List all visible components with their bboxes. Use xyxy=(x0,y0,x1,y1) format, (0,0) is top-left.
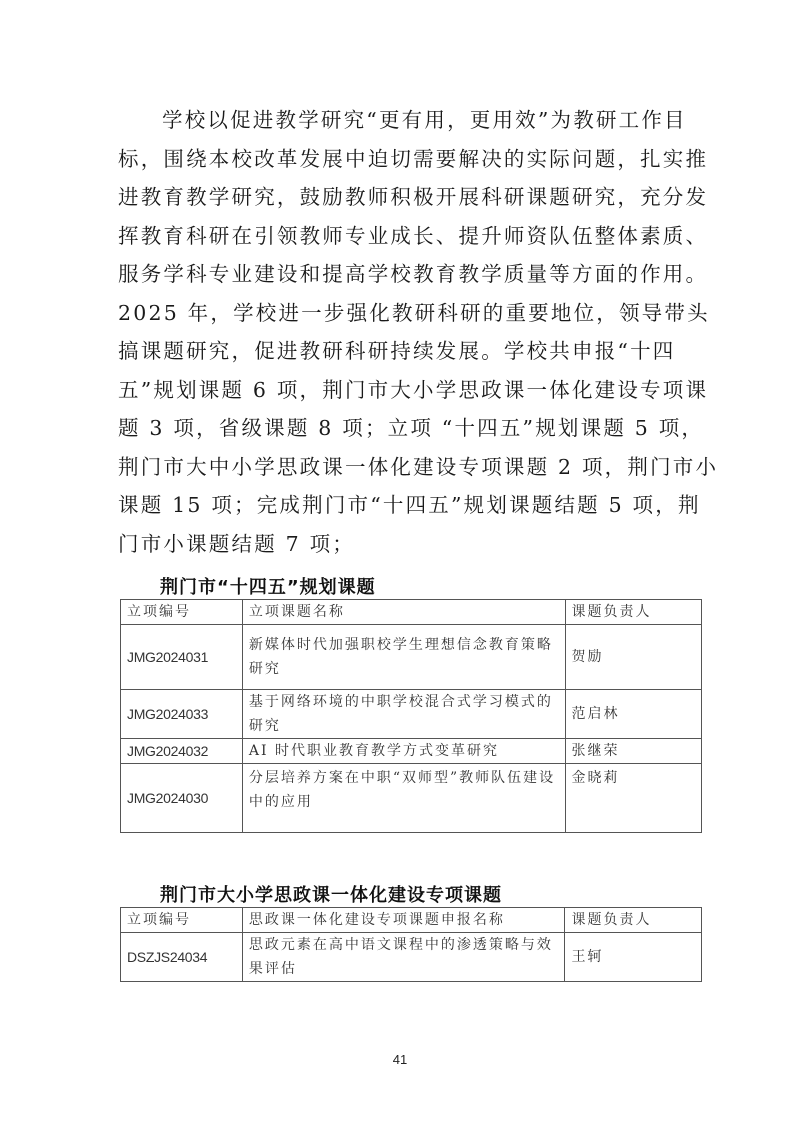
header-cell: 立项编号 xyxy=(121,600,243,625)
page-number: 41 xyxy=(0,1052,800,1067)
project-title: 思政元素在高中语文课程中的渗透策略与效果评估 xyxy=(242,933,565,982)
table-row: JMG2024032 AI 时代职业教育教学方式变革研究 张继荣 xyxy=(121,739,702,764)
header-cell: 课题负责人 xyxy=(565,600,701,625)
paragraph-line: 课题 15 项；完成荆门市“十四五”规划课题结题 5 项，荆 xyxy=(118,486,708,525)
project-leader: 范启林 xyxy=(565,690,701,739)
project-title: 分层培养方案在中职“双师型”教师队伍建设中的应用 xyxy=(242,764,565,833)
table-planning-projects: 立项编号 立项课题名称 课题负责人 JMG2024031 新媒体时代加强职校学生… xyxy=(120,599,702,833)
table-header-row: 立项编号 立项课题名称 课题负责人 xyxy=(121,600,702,625)
paragraph-line: 五”规划课题 6 项，荆门市大小学思政课一体化建设专项课 xyxy=(118,371,708,410)
paragraph-line: 服务学科专业建设和提高学校教育教学质量等方面的作用。 xyxy=(118,255,708,294)
table-row: JMG2024031 新媒体时代加强职校学生理想信念教育策略研究 贺励 xyxy=(121,625,702,690)
table-row: JMG2024030 分层培养方案在中职“双师型”教师队伍建设中的应用 金晓莉 xyxy=(121,764,702,833)
project-title: AI 时代职业教育教学方式变革研究 xyxy=(242,739,565,764)
project-leader: 王轲 xyxy=(565,933,702,982)
paragraph-line: 进教育教学研究，鼓励教师积极开展科研课题研究，充分发 xyxy=(118,178,708,217)
paragraph-line: 题 3 项，省级课题 8 项；立项 “十四五”规划课题 5 项， xyxy=(118,409,708,448)
project-title: 新媒体时代加强职校学生理想信念教育策略研究 xyxy=(242,625,565,690)
body-paragraph: 学校以促进教学研究“更有用，更用效”为教研工作目 标，围绕本校改革发展中迫切需要… xyxy=(118,101,708,563)
project-code: JMG2024032 xyxy=(121,739,243,764)
project-leader: 贺励 xyxy=(565,625,701,690)
paragraph-line: 挥教育科研在引领教师专业成长、提升师资队伍整体素质、 xyxy=(118,217,708,256)
paragraph-line: 学校以促进教学研究“更有用，更用效”为教研工作目 xyxy=(118,101,708,140)
project-title: 基于网络环境的中职学校混合式学习模式的研究 xyxy=(242,690,565,739)
table-ideological-projects: 立项编号 思政课一体化建设专项课题申报名称 课题负责人 DSZJS24034 思… xyxy=(120,907,702,982)
project-code: JMG2024033 xyxy=(121,690,243,739)
project-code: JMG2024030 xyxy=(121,764,243,833)
table2-caption: 荆门市大小学思政课一体化建设专项课题 xyxy=(160,881,502,907)
header-cell: 思政课一体化建设专项课题申报名称 xyxy=(242,908,565,933)
paragraph-line: 荆门市大中小学思政课一体化建设专项课题 2 项，荆门市小 xyxy=(118,448,708,487)
paragraph-line: 标，围绕本校改革发展中迫切需要解决的实际问题，扎实推 xyxy=(118,140,708,179)
project-leader: 张继荣 xyxy=(565,739,701,764)
header-cell: 立项编号 xyxy=(121,908,243,933)
table-header-row: 立项编号 思政课一体化建设专项课题申报名称 课题负责人 xyxy=(121,908,702,933)
table1-caption: 荆门市“十四五”规划课题 xyxy=(160,573,376,599)
project-code: DSZJS24034 xyxy=(121,933,243,982)
table-row: DSZJS24034 思政元素在高中语文课程中的渗透策略与效果评估 王轲 xyxy=(121,933,702,982)
table-row: JMG2024033 基于网络环境的中职学校混合式学习模式的研究 范启林 xyxy=(121,690,702,739)
project-code: JMG2024031 xyxy=(121,625,243,690)
header-cell: 立项课题名称 xyxy=(242,600,565,625)
project-leader: 金晓莉 xyxy=(565,764,701,833)
paragraph-line: 2025 年，学校进一步强化教研科研的重要地位，领导带头 xyxy=(118,294,708,333)
paragraph-line: 门市小课题结题 7 项； xyxy=(118,525,708,564)
paragraph-line: 搞课题研究，促进教研科研持续发展。学校共申报“十四 xyxy=(118,332,708,371)
header-cell: 课题负责人 xyxy=(565,908,702,933)
